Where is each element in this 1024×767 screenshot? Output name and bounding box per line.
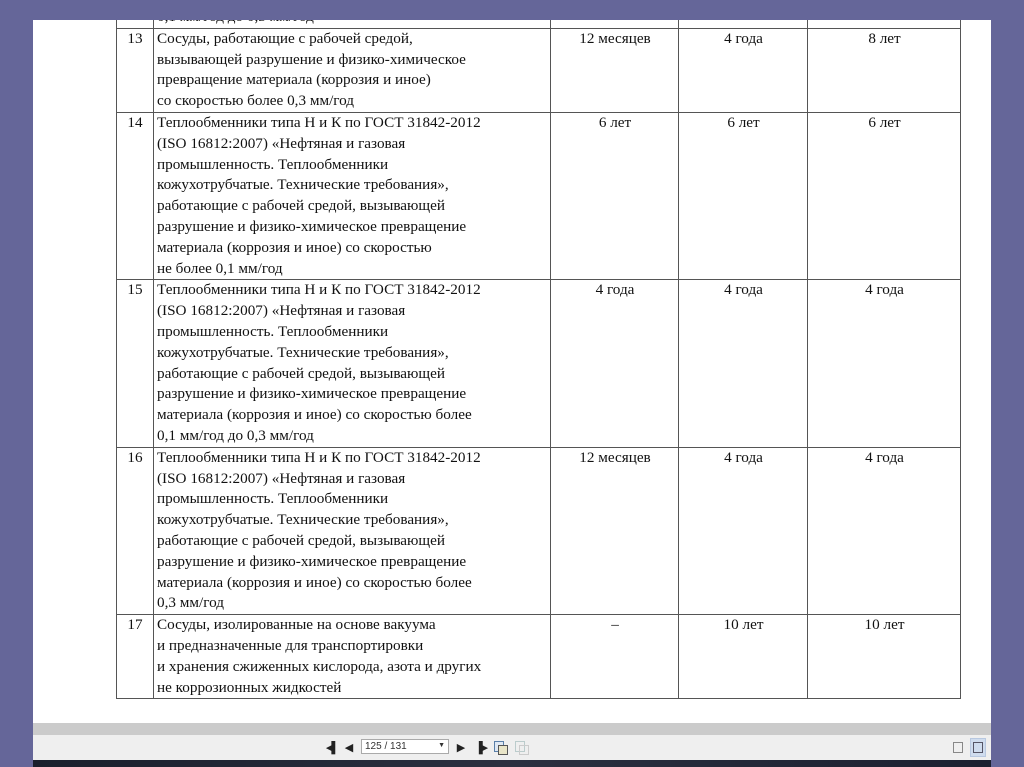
description-line: Сосуды, работающие с рабочей средой,: [157, 29, 548, 50]
row-number: 17: [117, 615, 154, 699]
table-row: 16Теплообменники типа Н и К по ГОСТ 3184…: [117, 447, 961, 614]
chevron-down-icon: ▼: [438, 742, 445, 749]
row-description: Теплообменники типа Н и К по ГОСТ 31842-…: [154, 112, 551, 279]
table-row: 15Теплообменники типа Н и К по ГОСТ 3184…: [117, 280, 961, 447]
table-row: 14Теплообменники типа Н и К по ГОСТ 3184…: [117, 112, 961, 279]
row-col2: [679, 20, 808, 28]
partial-text: 0,1 мм/год до 0,3 мм/год: [157, 20, 548, 28]
row-number: 14: [117, 112, 154, 279]
description-line: (ISO 16812:2007) «Нефтяная и газовая: [157, 469, 548, 490]
row-col3: 8 лет: [808, 28, 961, 112]
table-row: 17Сосуды, изолированные на основе вакуум…: [117, 615, 961, 699]
description-line: превращение материала (коррозия и иное): [157, 70, 548, 91]
page-number-dropdown[interactable]: 125 / 131 ▼: [361, 739, 449, 754]
document-page: 0,1 мм/год до 0,3 мм/год 13Сосуды, работ…: [33, 20, 991, 723]
paste-page-icon: [515, 741, 528, 754]
description-line: Сосуды, изолированные на основе вакуума: [157, 615, 548, 636]
two-page-view-icon: [973, 742, 983, 753]
table-row-partial: 0,1 мм/год до 0,3 мм/год: [117, 20, 961, 28]
row-col2: 4 года: [679, 280, 808, 447]
first-page-button[interactable]: ◀▌: [325, 740, 337, 755]
next-page-button[interactable]: ▶: [456, 740, 466, 755]
first-page-icon: ◀▌: [326, 741, 336, 754]
description-line: со скоростью более 0,3 мм/год: [157, 91, 548, 112]
page-indicator: 125 / 131: [365, 741, 407, 752]
description-line: разрушение и физико-химическое превращен…: [157, 552, 548, 573]
description-line: работающие с рабочей средой, вызывающей: [157, 364, 548, 385]
description-line: 0,3 мм/год: [157, 593, 548, 614]
prev-page-icon: ◀: [345, 741, 353, 754]
description-line: работающие с рабочей средой, вызывающей: [157, 196, 548, 217]
prev-page-button[interactable]: ◀: [344, 740, 354, 755]
description-line: материала (коррозия и иное) со скоростью…: [157, 405, 548, 426]
row-number: 15: [117, 280, 154, 447]
row-description: Теплообменники типа Н и К по ГОСТ 31842-…: [154, 447, 551, 614]
paste-page-button[interactable]: [514, 740, 528, 755]
description-line: 0,1 мм/год до 0,3 мм/год: [157, 426, 548, 447]
description-line: (ISO 16812:2007) «Нефтяная и газовая: [157, 301, 548, 322]
viewer-toolbar: ◀▌ ◀ 125 / 131 ▼ ▶ ▐▶: [33, 735, 991, 760]
last-page-button[interactable]: ▐▶: [474, 740, 486, 755]
row-description: Сосуды, работающие с рабочей средой,вызы…: [154, 28, 551, 112]
two-page-view-button[interactable]: [970, 738, 986, 757]
description-line: Теплообменники типа Н и К по ГОСТ 31842-…: [157, 113, 548, 134]
row-col2: 10 лет: [679, 615, 808, 699]
row-col2: 6 лет: [679, 112, 808, 279]
description-line: материала (коррозия и иное) со скоростью: [157, 238, 548, 259]
row-col1: –: [551, 615, 679, 699]
description-line: кожухотрубчатые. Технические требования»…: [157, 343, 548, 364]
row-col3: 4 года: [808, 280, 961, 447]
row-col2: 4 года: [679, 447, 808, 614]
row-col1: 12 месяцев: [551, 447, 679, 614]
description-line: разрушение и физико-химическое превращен…: [157, 217, 548, 238]
row-col1: 6 лет: [551, 112, 679, 279]
single-page-view-icon: [953, 742, 963, 753]
row-number: 16: [117, 447, 154, 614]
row-col2: 4 года: [679, 28, 808, 112]
description-line: (ISO 16812:2007) «Нефтяная и газовая: [157, 134, 548, 155]
description-line: Теплообменники типа Н и К по ГОСТ 31842-…: [157, 448, 548, 469]
row-description: Теплообменники типа Н и К по ГОСТ 31842-…: [154, 280, 551, 447]
row-col1: 12 месяцев: [551, 28, 679, 112]
last-page-icon: ▐▶: [475, 741, 485, 754]
description-line: не коррозионных жидкостей: [157, 678, 548, 699]
description-line: материала (коррозия и иное) со скоростью…: [157, 573, 548, 594]
copy-page-button[interactable]: [493, 740, 507, 755]
row-col3: 10 лет: [808, 615, 961, 699]
single-page-view-button[interactable]: [952, 740, 964, 755]
description-line: кожухотрубчатые. Технические требования»…: [157, 175, 548, 196]
taskbar-strip: [33, 760, 991, 767]
description-line: вызывающей разрушение и физико-химическо…: [157, 50, 548, 71]
next-page-icon: ▶: [457, 741, 465, 754]
row-col3: 4 года: [808, 447, 961, 614]
row-number: [117, 20, 154, 28]
description-line: промышленность. Теплообменники: [157, 489, 548, 510]
description-line: работающие с рабочей средой, вызывающей: [157, 531, 548, 552]
description-line: Теплообменники типа Н и К по ГОСТ 31842-…: [157, 280, 548, 301]
description-line: кожухотрубчатые. Технические требования»…: [157, 510, 548, 531]
description-line: промышленность. Теплообменники: [157, 322, 548, 343]
row-col3: 6 лет: [808, 112, 961, 279]
description-line: разрушение и физико-химическое превращен…: [157, 384, 548, 405]
description-line: промышленность. Теплообменники: [157, 155, 548, 176]
table-row: 13Сосуды, работающие с рабочей средой,вы…: [117, 28, 961, 112]
description-line: не более 0,1 мм/год: [157, 259, 548, 280]
row-number: 13: [117, 28, 154, 112]
description-line: и предназначенные для транспортировки: [157, 636, 548, 657]
row-description: Сосуды, изолированные на основе вакуумаи…: [154, 615, 551, 699]
copy-page-icon: [494, 741, 507, 754]
row-col3: [808, 20, 961, 28]
row-description: 0,1 мм/год до 0,3 мм/год: [154, 20, 551, 28]
row-col1: 4 года: [551, 280, 679, 447]
row-col1: [551, 20, 679, 28]
inspection-table: 0,1 мм/год до 0,3 мм/год 13Сосуды, работ…: [116, 20, 961, 699]
description-line: и хранения сжиженных кислорода, азота и …: [157, 657, 548, 678]
horizontal-scrollbar[interactable]: [33, 723, 991, 735]
